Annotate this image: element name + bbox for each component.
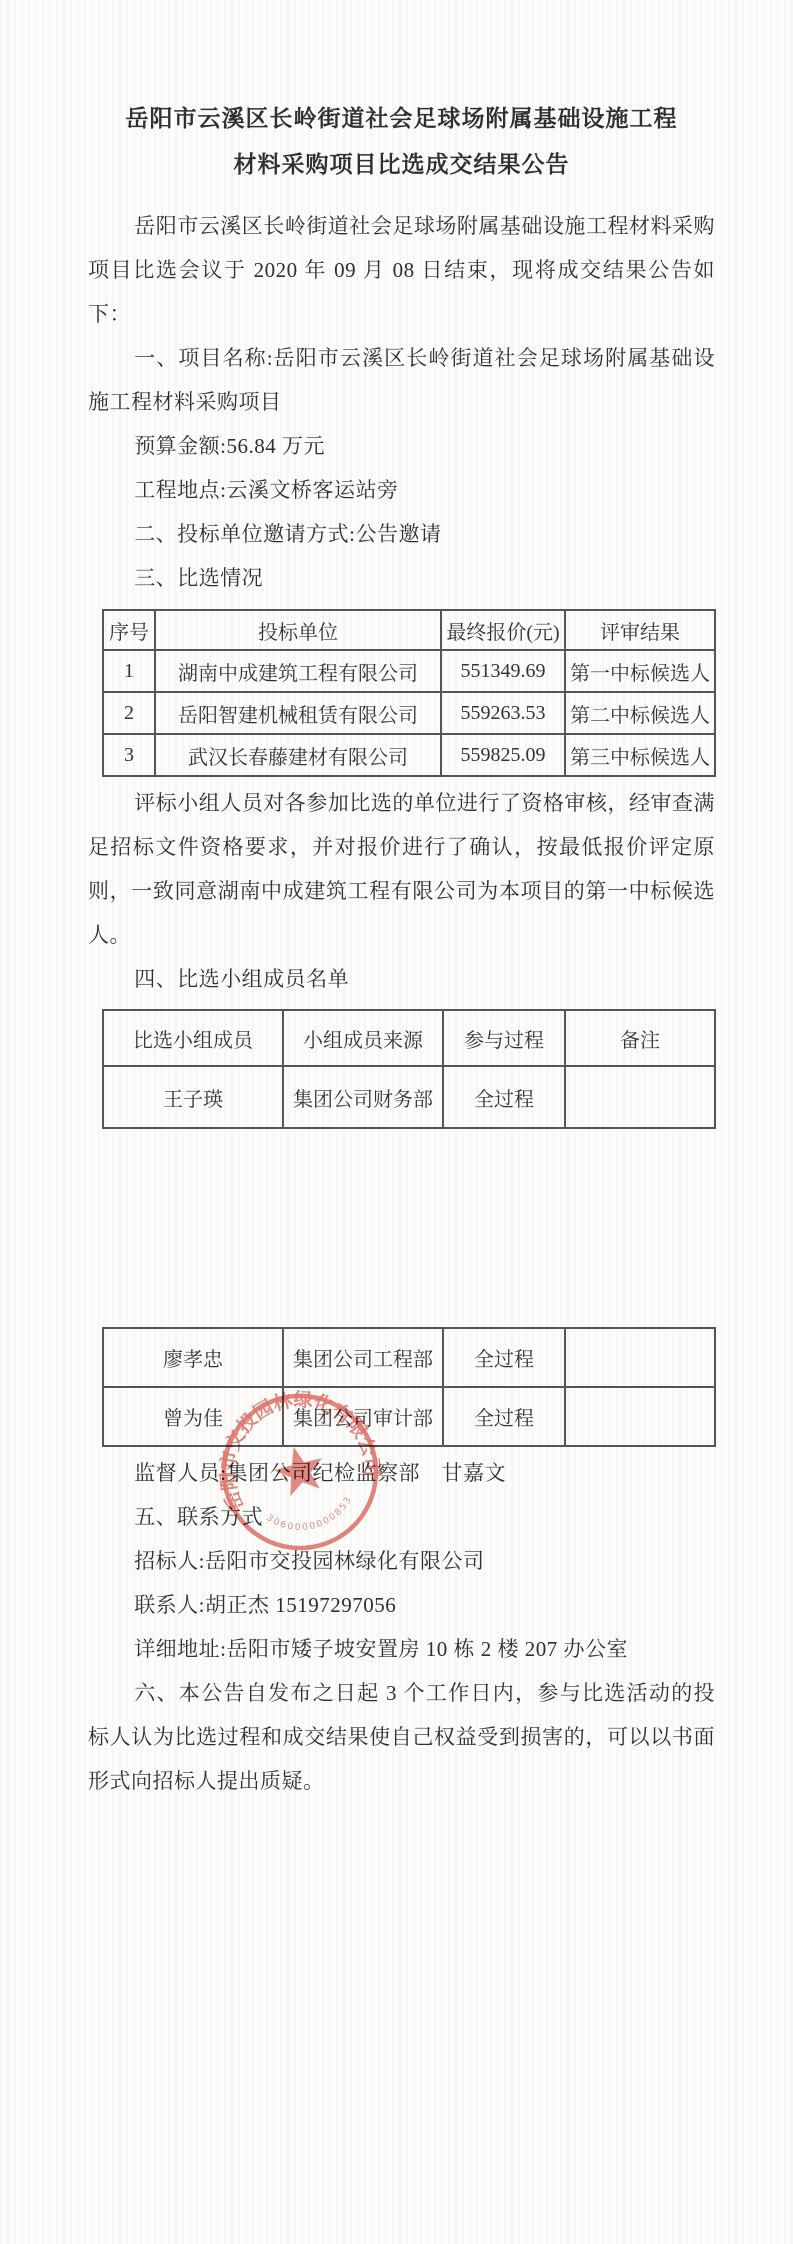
cell-member-source: 集团公司财务部 <box>283 1066 443 1128</box>
cell-seq: 2 <box>103 692 155 734</box>
column-header-bidder: 投标单位 <box>155 610 441 650</box>
cell-remarks <box>565 1328 715 1387</box>
table-row: 王子瑛 集团公司财务部 全过程 <box>103 1066 715 1128</box>
address-line: 详细地址:岳阳市矮子坡安置房 10 栋 2 楼 207 办公室 <box>88 1627 715 1671</box>
panel-section-heading: 四、比选小组成员名单 <box>88 957 715 1001</box>
cell-panel-member: 廖孝忠 <box>103 1328 283 1387</box>
comparison-section-heading: 三、比选情况 <box>88 556 715 600</box>
cell-bidder: 武汉长春藤建材有限公司 <box>155 734 441 776</box>
tenderer-line: 招标人:岳阳市交投园林绿化有限公司 <box>88 1539 715 1583</box>
cell-remarks <box>565 1387 715 1446</box>
review-summary-paragraph: 评标小组人员对各参加比选的单位进行了资格审核，经审查满足招标文件资格要求，并对报… <box>88 781 715 957</box>
cell-member-source: 集团公司工程部 <box>283 1328 443 1387</box>
intro-paragraph: 岳阳市云溪区长岭街道社会足球场附属基础设施工程材料采购项目比选会议于 2020 … <box>88 204 715 336</box>
cell-participation: 全过程 <box>443 1066 565 1128</box>
objection-notice-paragraph: 六、本公告自发布之日起 3 个工作日内，参与比选活动的投标人认为比选过程和成交结… <box>88 1671 715 1803</box>
selection-panel-table: 比选小组成员 小组成员来源 参与过程 备注 王子瑛 集团公司财务部 全过程 <box>102 1009 716 1129</box>
cell-review-result: 第三中标候选人 <box>565 734 715 776</box>
column-header-participation: 参与过程 <box>443 1010 565 1066</box>
cell-bidder: 湖南中成建筑工程有限公司 <box>155 650 441 692</box>
cell-review-result: 第一中标候选人 <box>565 650 715 692</box>
table-row: 廖孝忠 集团公司工程部 全过程 <box>103 1328 715 1387</box>
cell-seq: 3 <box>103 734 155 776</box>
column-header-final-price: 最终报价(元) <box>441 610 565 650</box>
cell-member-source: 集团公司审计部 <box>283 1387 443 1446</box>
cell-remarks <box>565 1066 715 1128</box>
contact-section-heading: 五、联系方式 <box>88 1495 715 1539</box>
column-header-seq: 序号 <box>103 610 155 650</box>
table-row: 曾为佳 集团公司审计部 全过程 <box>103 1387 715 1446</box>
cell-final-price: 559825.09 <box>441 734 565 776</box>
project-name-paragraph: 一、项目名称:岳阳市云溪区长岭街道社会足球场附属基础设施工程材料采购项目 <box>88 336 715 424</box>
document-body: 岳阳市云溪区长岭街道社会足球场附属基础设施工程材料采购项目比选会议于 2020 … <box>88 204 715 1803</box>
document-title-line-2: 材料采购项目比选成交结果公告 <box>88 142 715 188</box>
location-line: 工程地点:云溪文桥客运站旁 <box>88 468 715 512</box>
column-header-review-result: 评审结果 <box>565 610 715 650</box>
cell-bidder: 岳阳智建机械租赁有限公司 <box>155 692 441 734</box>
selection-panel-table-continued: 廖孝忠 集团公司工程部 全过程 曾为佳 集团公司审计部 全过程 <box>102 1327 716 1447</box>
cell-panel-member: 曾为佳 <box>103 1387 283 1446</box>
cell-participation: 全过程 <box>443 1328 565 1387</box>
cell-panel-member: 王子瑛 <box>103 1066 283 1128</box>
page-break-gap <box>88 1129 715 1319</box>
table-row: 2 岳阳智建机械租赁有限公司 559263.53 第二中标候选人 <box>103 692 715 734</box>
table-header-row: 序号 投标单位 最终报价(元) 评审结果 <box>103 610 715 650</box>
document-title: 岳阳市云溪区长岭街道社会足球场附属基础设施工程 材料采购项目比选成交结果公告 <box>88 96 715 188</box>
column-header-member-source: 小组成员来源 <box>283 1010 443 1066</box>
document-content: 岳阳市云溪区长岭街道社会足球场附属基础设施工程 材料采购项目比选成交结果公告 岳… <box>0 0 793 1803</box>
cell-final-price: 551349.69 <box>441 650 565 692</box>
invitation-method-line: 二、投标单位邀请方式:公告邀请 <box>88 512 715 556</box>
supervisor-line: 监督人员:集团公司纪检监察部 甘嘉文 <box>88 1451 715 1495</box>
cell-seq: 1 <box>103 650 155 692</box>
table-row: 1 湖南中成建筑工程有限公司 551349.69 第一中标候选人 <box>103 650 715 692</box>
table-header-row: 比选小组成员 小组成员来源 参与过程 备注 <box>103 1010 715 1066</box>
column-header-panel-member: 比选小组成员 <box>103 1010 283 1066</box>
cell-review-result: 第二中标候选人 <box>565 692 715 734</box>
scanned-announcement-page: 岳阳市云溪区长岭街道社会足球场附属基础设施工程 材料采购项目比选成交结果公告 岳… <box>0 0 793 2244</box>
column-header-remarks: 备注 <box>565 1010 715 1066</box>
bidding-results-table: 序号 投标单位 最终报价(元) 评审结果 1 湖南中成建筑工程有限公司 5513… <box>102 609 716 777</box>
cell-final-price: 559263.53 <box>441 692 565 734</box>
document-title-line-1: 岳阳市云溪区长岭街道社会足球场附属基础设施工程 <box>88 96 715 142</box>
cell-participation: 全过程 <box>443 1387 565 1446</box>
budget-line: 预算金额:56.84 万元 <box>88 424 715 468</box>
contact-person-line: 联系人:胡正杰 15197297056 <box>88 1583 715 1627</box>
table-row: 3 武汉长春藤建材有限公司 559825.09 第三中标候选人 <box>103 734 715 776</box>
